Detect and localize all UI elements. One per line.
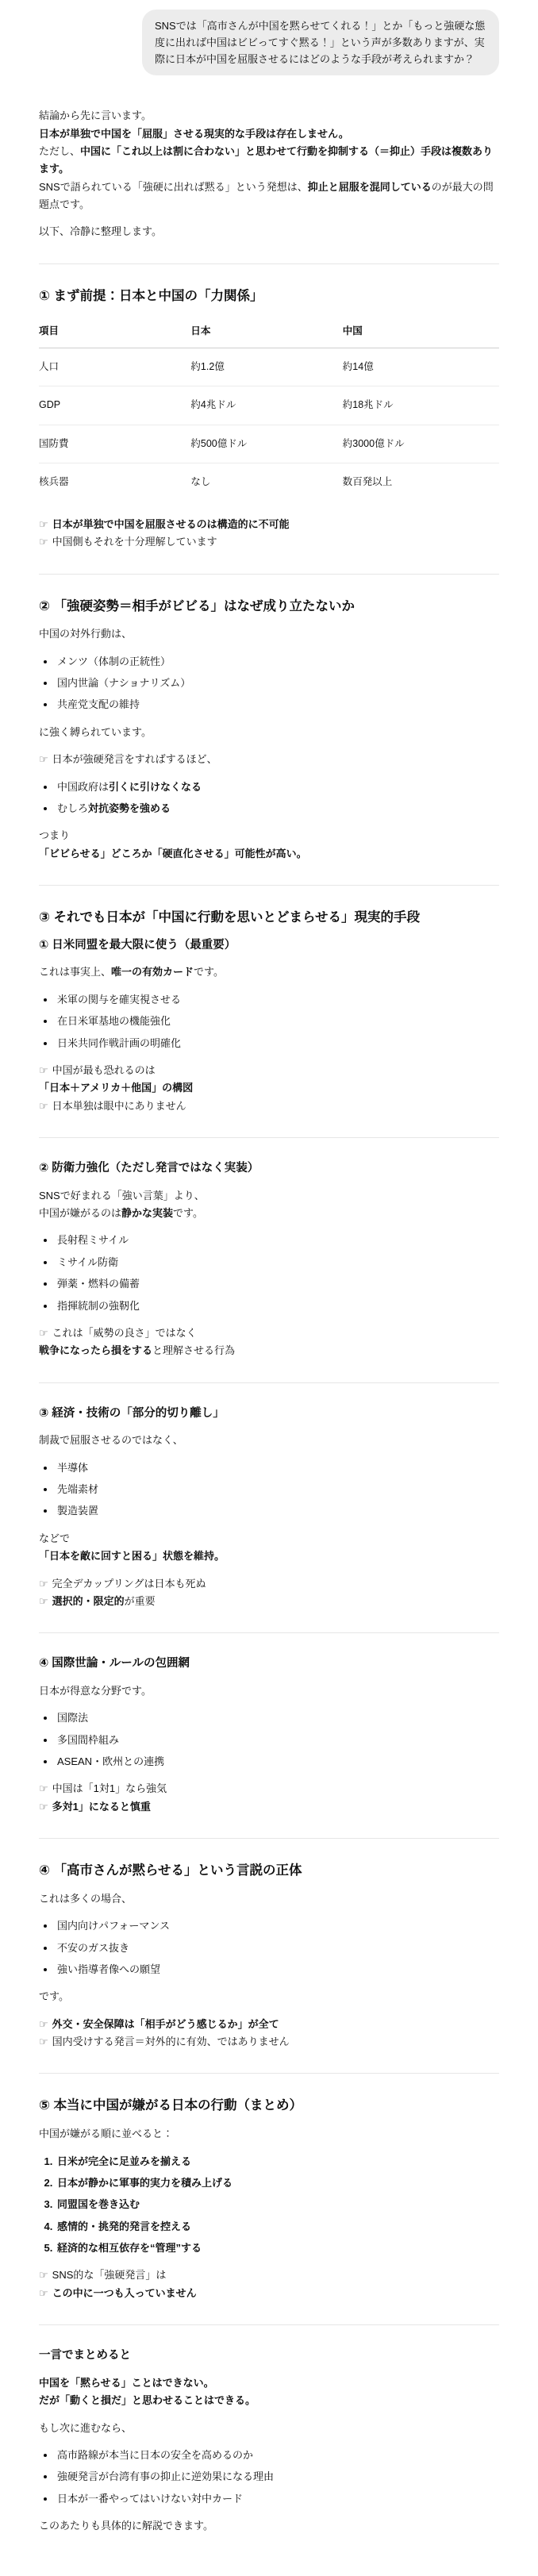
table-header-row: 項目日本中国 [39,317,499,348]
pointer-icon: ☞ [39,1782,48,1794]
paragraph: 以下、冷静に整理します。 [39,223,499,240]
list-item: 不安のガス抜き [56,1940,499,1957]
table-row: GDP約4兆ドル約18兆ドル [39,386,499,425]
text-line: もし次に進むなら、 [39,2420,499,2437]
paragraph: ☞完全デカップリングは日本も死ぬ☞選択的・限定的が重要 [39,1575,499,1611]
text-line: ☞日本が強硬発言をすればするほど、 [39,751,499,768]
paragraph: 中国が嫌がる順に並べると： [39,2125,499,2143]
table-row: 人口約1.2億約14億 [39,348,499,386]
table-cell: 約3000億ドル [343,425,499,463]
bullet-list: 中国政府は引くに引けなくなるむしろ対抗姿勢を強める [39,779,499,818]
text-line: ☞多対1」になると慎重 [39,1798,499,1816]
text-line: SNSで語られている「強硬に出れば黙る」という発想は、抑止と屈服を混同しているの… [39,179,499,214]
list-item: 感情的・挑発的発言を控える [56,2218,499,2236]
pointer-icon: ☞ [39,536,48,548]
bullet-list: 長射程ミサイルミサイル防衛弾薬・燃料の備蓄指揮統制の強靭化 [39,1232,499,1314]
paragraph: ☞SNS的な「強硬発言」は☞この中に一つも入っていません [39,2266,499,2302]
table-cell: 約14億 [343,348,499,386]
list-item: ASEAN・欧州との連携 [56,1753,499,1771]
bullet-list: メンツ（体制の正統性）国内世論（ナショナリズム）共産党支配の維持 [39,653,499,714]
list-item: 強い指導者像への願望 [56,1961,499,1978]
bullet-list: 国内向けパフォーマンス不安のガス抜き強い指導者像への願望 [39,1917,499,1978]
paragraph: 中国を「黙らせる」ことはできない。だが「動くと損だ」と思わせることはできる。 [39,2374,499,2410]
table-header-cell: 中国 [343,317,499,348]
text-line: 以下、冷静に整理します。 [39,223,499,240]
pointer-icon: ☞ [39,1100,48,1112]
pointer-icon: ☞ [39,1064,48,1076]
user-message-bubble: SNSでは「高市さんが中国を黙らせてくれる！」とか「もっと強硬な態度に出れば中国… [142,10,499,75]
section-divider [39,1382,499,1383]
comparison-table: 項目日本中国人口約1.2億約14億GDP約4兆ドル約18兆ドル国防費約500億ド… [39,317,499,502]
pointer-icon: ☞ [39,2269,48,2281]
list-item: 先端素材 [56,1481,499,1498]
list-item: 共産党支配の維持 [56,696,499,713]
text-line: 中国を「黙らせる」ことはできない。 [39,2374,499,2392]
text-line: ☞日本が単独で中国を屈服させるのは構造的に不可能 [39,516,499,533]
chat-transcript: SNSでは「高市さんが中国を黙らせてくれる！」とか「もっと強硬な態度に出れば中国… [39,0,499,2576]
table-cell: GDP [39,386,190,425]
list-item: 国際法 [56,1709,499,1727]
text-line: ☞日本単独は眼中にありません [39,1098,499,1115]
paragraph: に強く縛られています。 [39,724,499,741]
table-cell: 約1.2億 [190,348,342,386]
text-line: ☞中国は「1対1」なら強気 [39,1780,499,1797]
text-line: 戦争になったら損をすると理解させる行為 [39,1342,499,1359]
section-heading: ① まず前提：日本と中国の「力関係」 [39,286,499,306]
table-cell: 約500億ドル [190,425,342,463]
paragraph: ☞これは「威勢の良さ」ではなく戦争になったら損をすると理解させる行為 [39,1325,499,1360]
list-item: 弾薬・燃料の備蓄 [56,1275,499,1293]
paragraph: このあたりも具体的に解説できます。 [39,2517,499,2535]
section-heading: ④ 「高市さんが黙らせる」という言説の正体 [39,1861,499,1881]
paragraph: 制裁で屈服させるのではなく、 [39,1432,499,1449]
bullet-list: 国際法多国間枠組みASEAN・欧州との連携 [39,1709,499,1771]
bullet-list: 高市路線が本当に日本の安全を高めるのか強硬発言が台湾有事の抑止に逆効果になる理由… [39,2447,499,2508]
paragraph: 日本が得意な分野です。 [39,1682,499,1700]
section-heading: ⑤ 本当に中国が嫌がる日本の行動（まとめ） [39,2096,499,2116]
text-line: 「ビビらせる」どころか「硬直化させる」可能性が高い。 [39,845,499,863]
section-divider [39,263,499,264]
pointer-icon: ☞ [39,1801,48,1813]
text-line: ☞外交・安全保障は「相手がどう感じるか」が全て [39,2016,499,2033]
paragraph: これは事実上、唯一の有効カードです。 [39,963,499,981]
list-item: 日米共同作戦計画の明確化 [56,1035,499,1052]
table-row: 国防費約500億ドル約3000億ドル [39,425,499,463]
section-heading: ① 日米同盟を最大限に使う（最重要） [39,937,499,955]
text-line: SNSで好まれる「強い言葉」より、 [39,1187,499,1205]
text-line: 結論から先に言います。 [39,107,499,125]
text-line: 日本が得意な分野です。 [39,1682,499,1700]
text-line: このあたりも具体的に解説できます。 [39,2517,499,2535]
list-item: 国内向けパフォーマンス [56,1917,499,1935]
section-divider [39,885,499,886]
text-line: 中国が嫌がるのは静かな実装です。 [39,1205,499,1222]
list-item: 米軍の関与を確実視させる [56,991,499,1009]
paragraph: などで「日本を敵に回すと困る」状態を維持。 [39,1530,499,1566]
pointer-icon: ☞ [39,2287,48,2299]
section-divider [39,574,499,575]
pointer-icon: ☞ [39,1327,48,1339]
text-line: 中国の対外行動は、 [39,625,499,643]
pointer-icon: ☞ [39,518,48,530]
pointer-icon: ☞ [39,1578,48,1590]
table-cell: 約18兆ドル [343,386,499,425]
pointer-icon: ☞ [39,753,48,765]
list-item: 日本が一番やってはいけない対中カード [56,2490,499,2508]
section-heading: ② 防衛力強化（ただし発言ではなく実装） [39,1160,499,1178]
table-cell: 核兵器 [39,463,190,502]
paragraph: ☞日本が単独で中国を屈服させるのは構造的に不可能☞中国側もそれを十分理解していま… [39,516,499,552]
table-cell: 数百発以上 [343,463,499,502]
section-heading: 一言でまとめると [39,2347,499,2365]
paragraph: 中国の対外行動は、 [39,625,499,643]
pointer-icon: ☞ [39,1595,48,1607]
section-heading: ② 「強硬姿勢＝相手がビビる」はなぜ成り立たないか [39,597,499,617]
bullet-list: 半導体先端素材製造装置 [39,1459,499,1521]
list-item: 強硬発言が台湾有事の抑止に逆効果になる理由 [56,2468,499,2486]
section-divider [39,1838,499,1839]
text-line: これは事実上、唯一の有効カードです。 [39,963,499,981]
section-divider [39,1137,499,1138]
paragraph: ☞中国が最も恐れるのは「日本＋アメリカ＋他国」の構図☞日本単独は眼中にありません [39,1062,499,1115]
paragraph: もし次に進むなら、 [39,2420,499,2437]
text-line: ☞中国が最も恐れるのは [39,1062,499,1079]
list-item: 中国政府は引くに引けなくなる [56,779,499,796]
section-heading: ④ 国際世論・ルールの包囲網 [39,1655,499,1673]
table-row: 核兵器なし数百発以上 [39,463,499,502]
list-item: メンツ（体制の正統性） [56,653,499,671]
text-line: 中国が嫌がる順に並べると： [39,2125,499,2143]
section-heading: ③ 経済・技術の「部分的切り離し」 [39,1405,499,1423]
text-line: ☞中国側もそれを十分理解しています [39,533,499,551]
list-item: 国内世論（ナショナリズム） [56,675,499,692]
list-item: 長射程ミサイル [56,1232,499,1249]
paragraph: ☞日本が強硬発言をすればするほど、 [39,751,499,768]
list-item: むしろ対抗姿勢を強める [56,800,499,817]
paragraph: これは多くの場合、 [39,1890,499,1908]
list-item: 製造装置 [56,1502,499,1520]
text-line: ☞これは「威勢の良さ」ではなく [39,1325,499,1342]
section-divider [39,2324,499,2325]
paragraph: ☞外交・安全保障は「相手がどう感じるか」が全て☞国内受けする発言＝対外的に有効、… [39,2016,499,2051]
list-item: 多国間枠組み [56,1732,499,1749]
table-cell: 約4兆ドル [190,386,342,425]
paragraph: です。 [39,1988,499,2005]
paragraph: SNSで好まれる「強い言葉」より、中国が嫌がるのは静かな実装です。 [39,1187,499,1223]
table-cell: 国防費 [39,425,190,463]
user-message-row: SNSでは「高市さんが中国を黙らせてくれる！」とか「もっと強硬な態度に出れば中国… [39,10,499,75]
list-item: 経済的な相互依存を“管理”する [56,2240,499,2257]
text-line: ☞選択的・限定的が重要 [39,1593,499,1610]
paragraph: つまり「ビビらせる」どころか「硬直化させる」可能性が高い。 [39,827,499,863]
list-item: 在日米軍基地の機能強化 [56,1013,499,1030]
list-item: 半導体 [56,1459,499,1477]
list-item: 同盟国を巻き込む [56,2196,499,2213]
list-item: 指揮統制の強靭化 [56,1298,499,1315]
list-item: ミサイル防衛 [56,1254,499,1271]
bullet-list: 米軍の関与を確実視させる在日米軍基地の機能強化日米共同作戦計画の明確化 [39,991,499,1052]
pointer-icon: ☞ [39,2018,48,2030]
text-line: に強く縛られています。 [39,724,499,741]
table-header-cell: 日本 [190,317,342,348]
paragraph: ☞中国は「1対1」なら強気☞多対1」になると慎重 [39,1780,499,1816]
text-line: 制裁で屈服させるのではなく、 [39,1432,499,1449]
list-item: 高市路線が本当に日本の安全を高めるのか [56,2447,499,2464]
section-divider [39,1632,499,1633]
list-item: 日本が静かに軍事的実力を積み上げる [56,2174,499,2192]
text-line: 「日本を敵に回すと困る」状態を維持。 [39,1548,499,1565]
text-line: 日本が単独で中国を「屈服」させる現実的な手段は存在しません。 [39,125,499,143]
table-header-cell: 項目 [39,317,190,348]
text-line: ☞SNS的な「強硬発言」は [39,2266,499,2284]
table-cell: なし [190,463,342,502]
list-item: 日米が完全に足並みを揃える [56,2153,499,2170]
text-line: ☞この中に一つも入っていません [39,2285,499,2302]
text-line: 「日本＋アメリカ＋他国」の構図 [39,1079,499,1097]
section-heading: ③ それでも日本が「中国に行動を思いとどまらせる」現実的手段 [39,908,499,928]
paragraph: 結論から先に言います。日本が単独で中国を「屈服」させる現実的な手段は存在しません… [39,107,499,213]
section-divider [39,2073,499,2074]
table-cell: 人口 [39,348,190,386]
numbered-list: 日米が完全に足並みを揃える日本が静かに軍事的実力を積み上げる同盟国を巻き込む感情… [39,2153,499,2258]
text-line: これは多くの場合、 [39,1890,499,1908]
text-line: ただし、中国に「これ以上は割に合わない」と思わせて行動を抑制する（＝抑止）手段は… [39,143,499,179]
pointer-icon: ☞ [39,2036,48,2047]
text-line: ☞国内受けする発言＝対外的に有効、ではありません [39,2033,499,2051]
text-line: だが「動くと損だ」と思わせることはできる。 [39,2392,499,2409]
assistant-message: 結論から先に言います。日本が単独で中国を「屈服」させる現実的な手段は存在しません… [39,107,499,2535]
text-line: です。 [39,1988,499,2005]
text-line: つまり [39,827,499,844]
text-line: ☞完全デカップリングは日本も死ぬ [39,1575,499,1593]
text-line: などで [39,1530,499,1548]
